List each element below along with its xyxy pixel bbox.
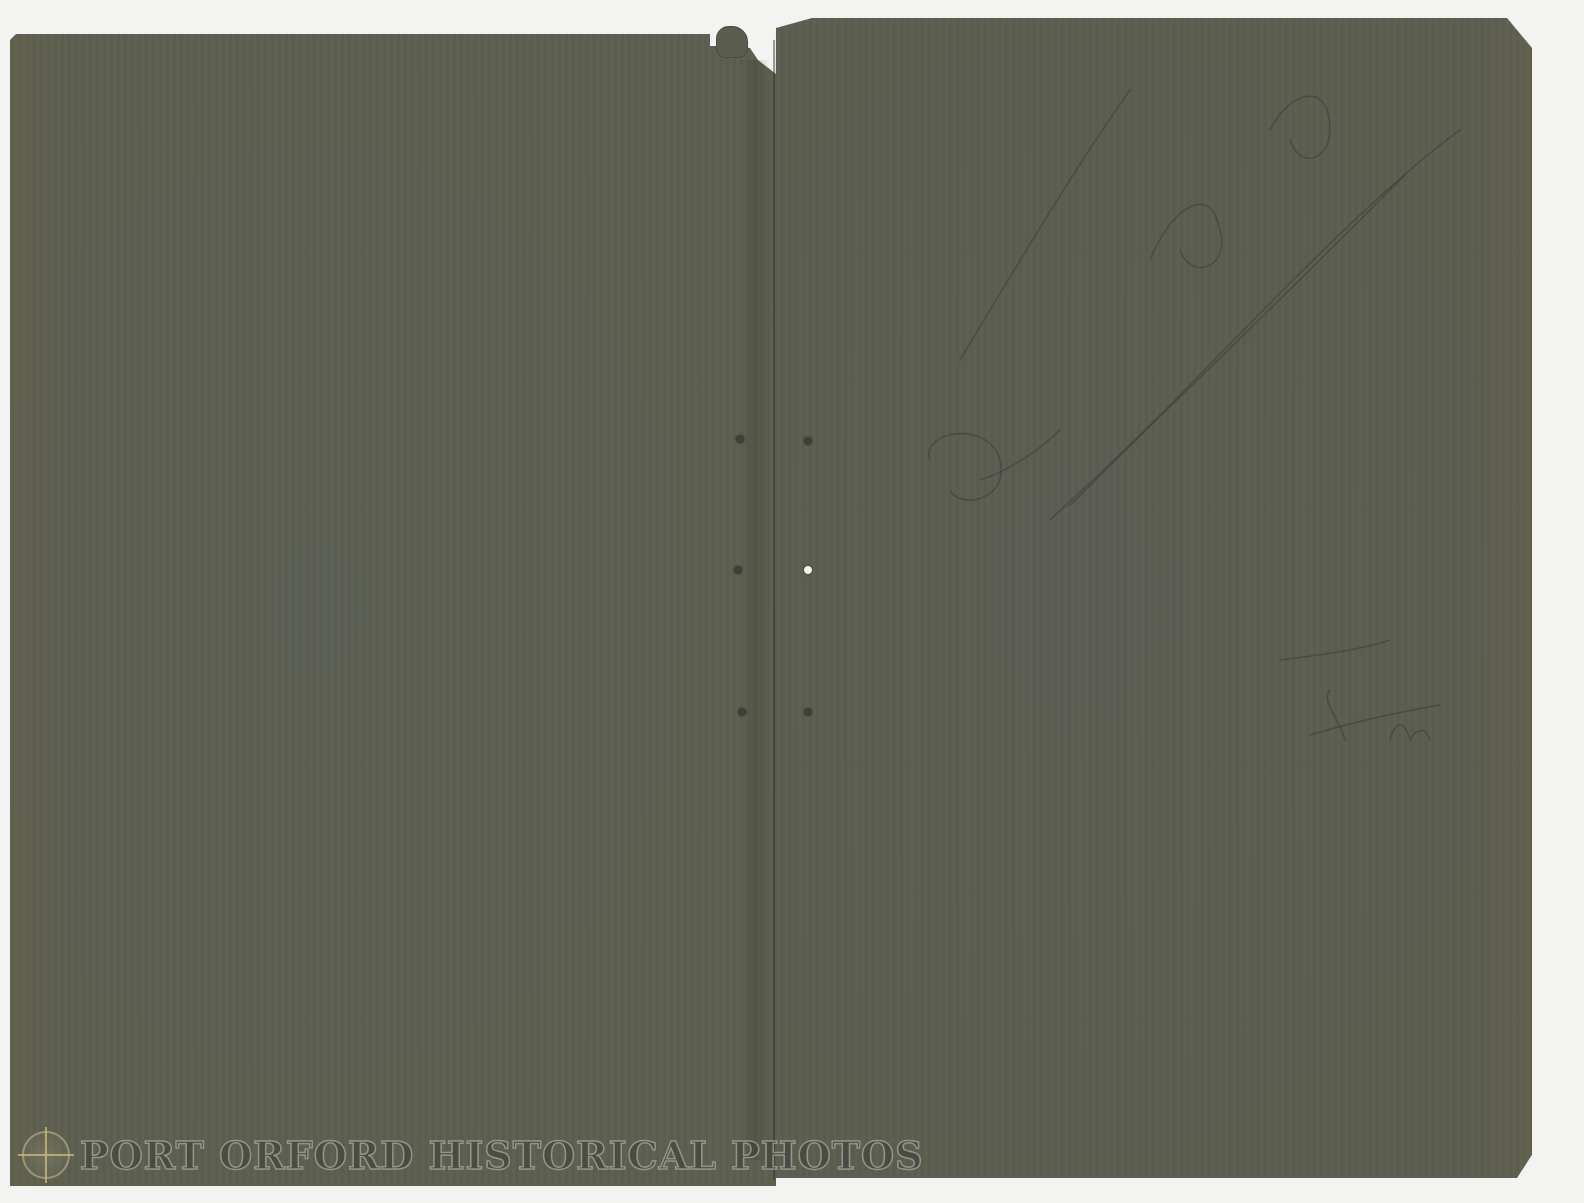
watermark: PORT ORFORD HISTORICAL PHOTOS <box>22 1130 924 1180</box>
staple-hole-punched <box>804 566 812 574</box>
spine-shadow <box>740 60 770 1160</box>
right-cover-page <box>772 18 1532 1178</box>
torn-paper-tab <box>716 26 748 58</box>
compass-rose-icon <box>22 1131 70 1179</box>
spine-crease <box>773 40 775 1180</box>
left-cover-page <box>10 34 776 1186</box>
watermark-text: PORT ORFORD HISTORICAL PHOTOS <box>80 1133 924 1178</box>
staple-hole <box>734 566 742 574</box>
staple-hole <box>738 708 746 716</box>
staple-hole <box>736 435 744 443</box>
staple-hole <box>804 708 812 716</box>
right-edge-discoloration <box>1474 18 1532 1178</box>
left-edge-discoloration <box>10 34 68 1186</box>
staple-hole <box>804 437 812 445</box>
